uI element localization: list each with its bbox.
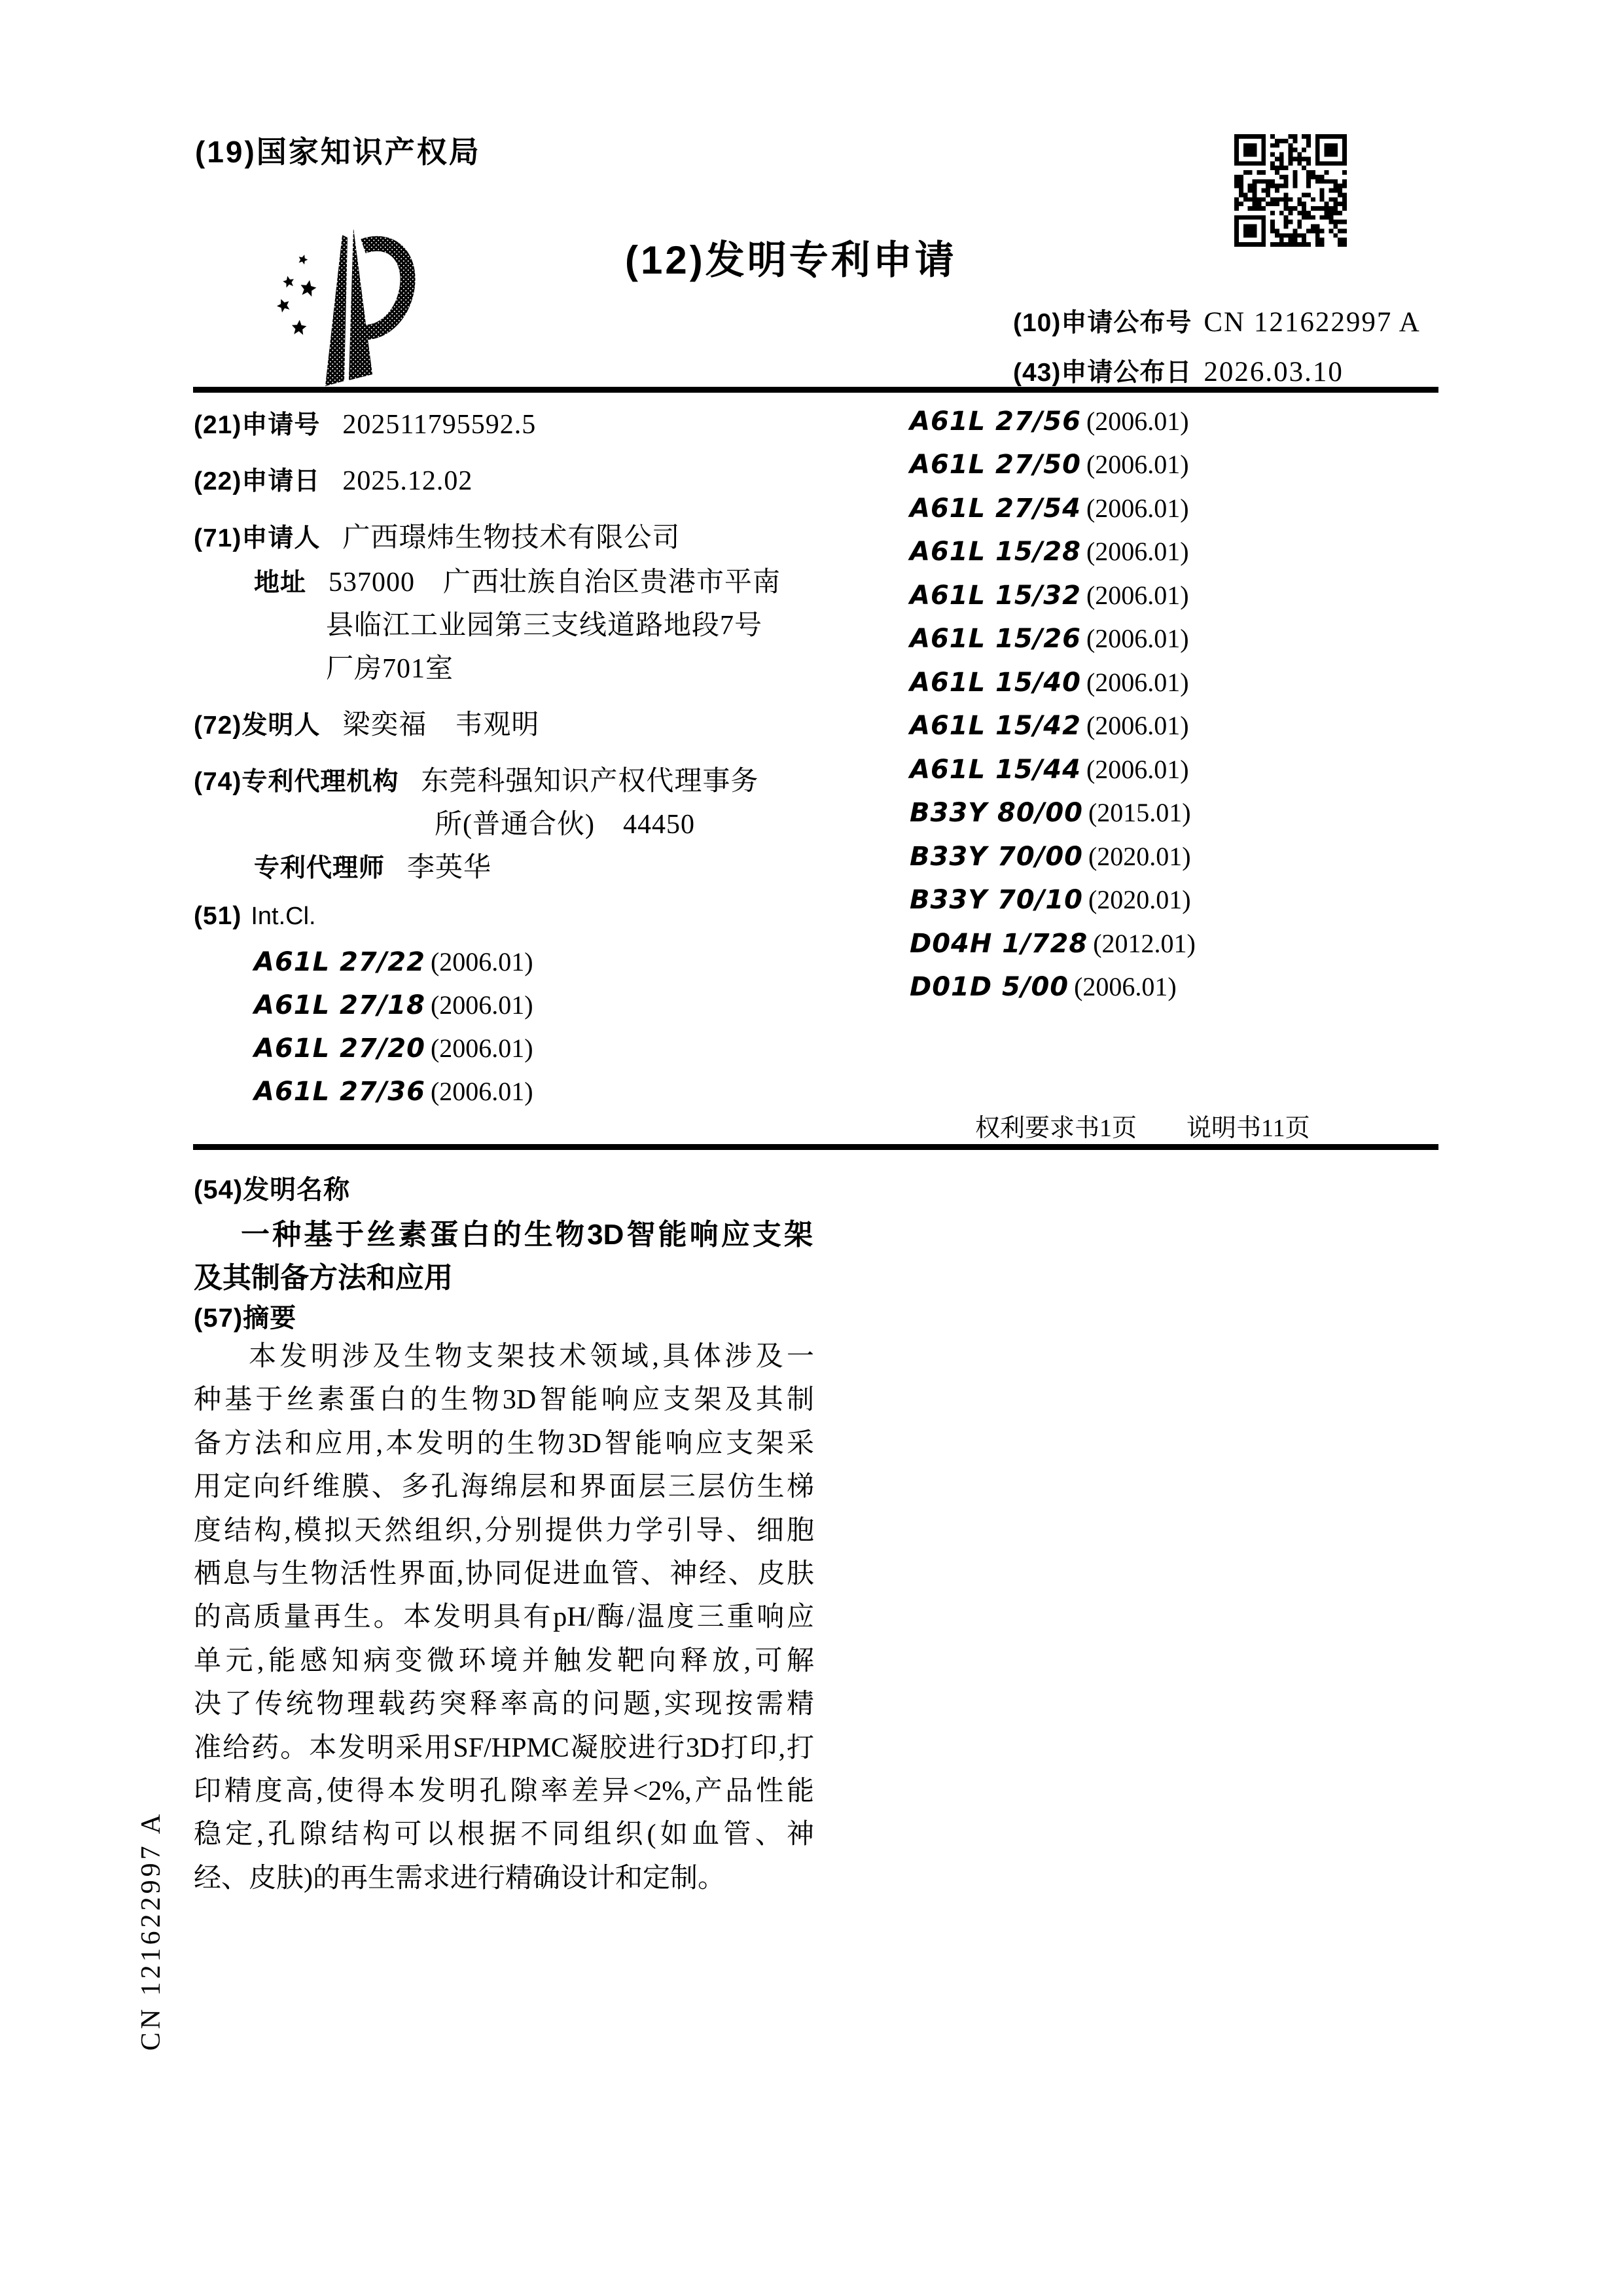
app-date-label: (22)申请日 [194,467,320,495]
app-date-row: (22)申请日2025.12.02 [194,461,473,497]
address-line1: 537000 广西壮族自治区贵港市平南 [329,567,781,598]
address-label: 地址 [254,569,306,597]
logo-bowl [358,243,408,332]
abstract-line: 备方法和应用,本发明的生物3D智能响应支架采 [194,1422,814,1465]
abstract-line: 本发明涉及生物支架技术领域,具体涉及一 [194,1335,814,1378]
agent-row: 专利代理师李英华 [254,846,491,885]
ipc-right-row: B33Y 70/10(2020.01) [910,884,1191,915]
title-section-label: (54)发明名称 [194,1169,350,1206]
abstract-line: 准给药。本发明采用SF/HPMC凝胶进行3D打印,打 [194,1727,814,1770]
divider-top [193,387,1438,393]
pub-number-label: (10)申请公布号 [1013,309,1192,337]
pub-date-row: (43)申请公布日2026.03.10 [1013,352,1344,389]
intcl-label: (51) [194,902,241,930]
address-line2: 县临江工业园第三支线道路地段7号 [326,603,762,643]
applicant-row: (71)申请人广西璟炜生物技术有限公司 [194,516,680,555]
abstract-line: 经、皮肤)的再生需求进行精确设计和定制。 [194,1857,814,1900]
doc-type-title: (12)发明专利申请 [625,229,957,285]
ipc-right-row: B33Y 70/00(2020.01) [910,841,1191,872]
abstract-line: 种基于丝素蛋白的生物3D智能响应支架及其制 [194,1378,814,1422]
agency-value: 东莞科强知识产权代理事务 [421,766,758,797]
address-line3: 厂房701室 [326,647,454,686]
ipc-left-row: A61L 27/20(2006.01) [254,1033,533,1064]
pub-date-value: 2026.03.10 [1204,357,1344,387]
pages-info: 权利要求书1页 说明书11页 [975,1107,1310,1143]
qr-code-icon [1234,134,1347,247]
office-name: (19)国家知识产权局 [195,128,481,171]
abstract-section-label: (57)摘要 [194,1297,296,1335]
ipc-left-row: A61L 27/18(2006.01) [254,990,533,1020]
applicant-value: 广西璟炜生物技术有限公司 [342,523,680,553]
logo-stars [275,253,317,335]
ipc-right-row: A61L 15/44(2006.01) [910,754,1189,785]
agency-row: (74)专利代理机构东莞科强知识产权代理事务 [194,759,758,798]
ipc-right-row: B33Y 80/00(2015.01) [910,797,1191,828]
invention-title-line1: 一种基于丝素蛋白的生物3D智能响应支架 [241,1211,813,1253]
agent-value: 李英华 [407,853,491,883]
app-number-label: (21)申请号 [194,411,320,439]
abstract-text: 本发明涉及生物支架技术领域,具体涉及一 种基于丝素蛋白的生物3D智能响应支架及其… [194,1335,814,1900]
side-publication-code: CN 121622997 A [135,1780,164,2081]
abstract-line: 稳定,孔隙结构可以根据不同组织(如血管、神 [194,1813,814,1856]
patent-front-page: (19)国家知识产权局 (12)发明专利申请 (10)申请公布号CN 12162… [0,0,1623,2296]
divider-middle [193,1144,1438,1150]
agency-cont-line: 所(普通合伙) 44450 [435,802,695,842]
ipc-right-row: D04H 1/728(2012.01) [910,928,1196,959]
ipc-left-row: A61L 27/22(2006.01) [254,946,533,977]
ipc-right-row: A61L 15/28(2006.01) [910,536,1189,567]
ipc-right-row: A61L 15/42(2006.01) [910,710,1189,741]
ipc-right-row: A61L 15/40(2006.01) [910,667,1189,698]
pub-date-label: (43)申请公布日 [1013,359,1192,387]
applicant-label: (71)申请人 [194,524,320,552]
ipc-left-row: A61L 27/36(2006.01) [254,1076,533,1107]
ipc-right-row: A61L 27/56(2006.01) [910,406,1189,437]
pub-number-value: CN 121622997 A [1204,307,1420,338]
abstract-line: 度结构,模拟天然组织,分别提供力学引导、细胞 [194,1509,814,1552]
ipc-right-row: A61L 15/26(2006.01) [910,623,1189,654]
abstract-line: 用定向纤维膜、多孔海绵层和界面层三层仿生梯 [194,1465,814,1509]
agency-label: (74)专利代理机构 [194,768,399,796]
ipc-right-row: A61L 27/50(2006.01) [910,449,1189,480]
inventors-row: (72)发明人梁奕福 韦观明 [194,703,539,742]
app-number-row: (21)申请号202511795592.5 [194,404,536,441]
inventors-label: (72)发明人 [194,711,320,740]
abstract-line: 印精度高,使得本发明孔隙率差异<2%,产品性能 [194,1770,814,1813]
address-row: 地址537000 广西壮族自治区贵港市平南 [254,560,781,600]
abstract-line: 栖息与生物活性界面,协同促进血管、神经、皮肤 [194,1552,814,1596]
inventors-value: 梁奕福 韦观明 [342,710,539,740]
pub-number-row: (10)申请公布号CN 121622997 A [1013,302,1421,339]
ipc-right-row: D01D 5/00(2006.01) [910,971,1177,1002]
abstract-line: 的高质量再生。本发明具有pH/酶/温度三重响应 [194,1596,814,1639]
cnipa-logo-icon [265,219,422,395]
app-date-value: 2025.12.02 [342,466,473,496]
abstract-line: 单元,能感知病变微环境并触发靶向释放,可解 [194,1640,814,1683]
agent-label: 专利代理师 [254,854,385,882]
ipc-right-row: A61L 15/32(2006.01) [910,580,1189,611]
app-number-value: 202511795592.5 [342,410,536,440]
invention-title-line2: 及其制备方法和应用 [194,1254,453,1296]
ipc-right-row: A61L 27/54(2006.01) [910,493,1189,524]
intcl-value: Int.Cl. [251,903,315,930]
abstract-line: 决了传统物理载药突释率高的问题,实现按需精 [194,1683,814,1726]
intcl-row: (51)Int.Cl. [194,902,316,931]
